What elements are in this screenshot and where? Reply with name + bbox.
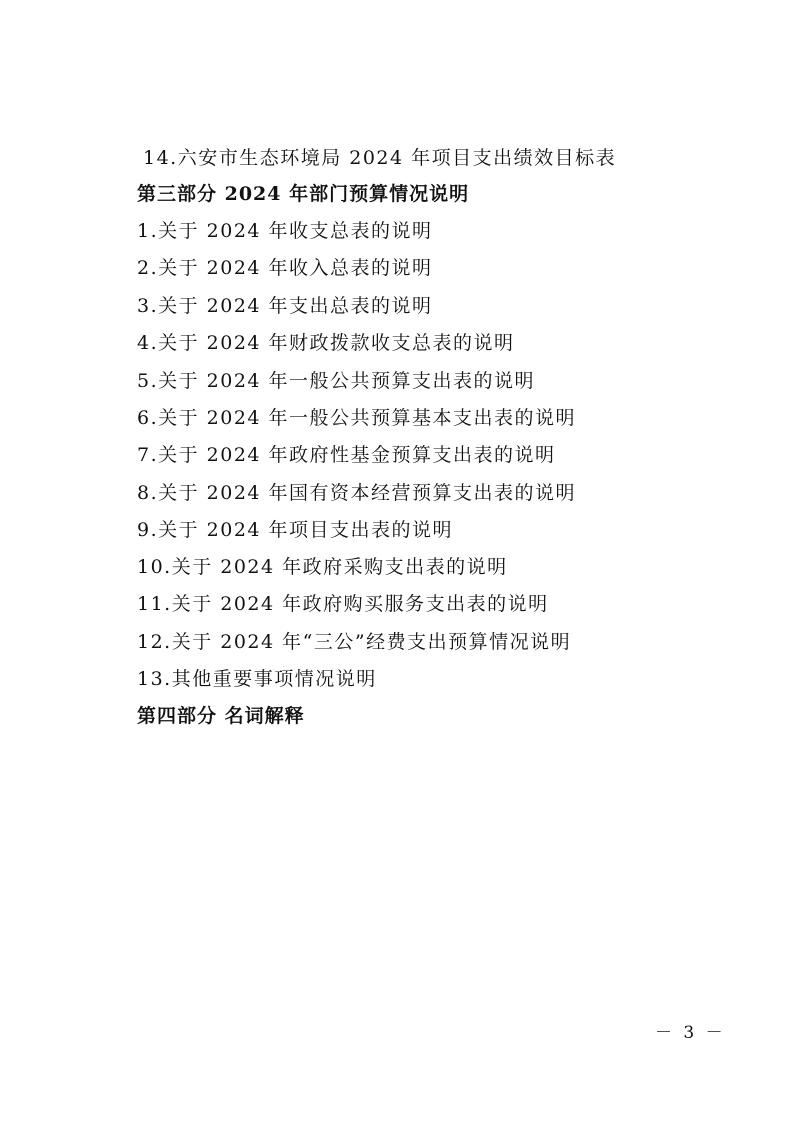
toc-item-4: 4.关于 2024 年财政拨款收支总表的说明 [137,331,515,355]
toc-item-13: 13.其他重要事项情况说明 [137,667,377,691]
toc-item-10: 10.关于 2024 年政府采购支出表的说明 [137,555,508,579]
toc-item-14: 14.六安市生态环境局 2024 年项目支出绩效目标表 [143,146,616,170]
toc-item-8: 8.关于 2024 年国有资本经营预算支出表的说明 [137,481,576,505]
section-heading-part-3: 第三部分 2024 年部门预算情况说明 [137,182,469,206]
page-number: － 3 － [655,1018,726,1043]
toc-item-6: 6.关于 2024 年一般公共预算基本支出表的说明 [137,406,576,430]
toc-item-12: 12.关于 2024 年“三公”经费支出预算情况说明 [137,630,571,654]
toc-item-7: 7.关于 2024 年政府性基金预算支出表的说明 [137,443,556,467]
toc-item-2: 2.关于 2024 年收入总表的说明 [137,256,433,280]
toc-item-3: 3.关于 2024 年支出总表的说明 [137,294,433,318]
toc-item-11: 11.关于 2024 年政府购买服务支出表的说明 [137,592,549,616]
toc-item-1: 1.关于 2024 年收支总表的说明 [137,219,433,243]
document-page: 14.六安市生态环境局 2024 年项目支出绩效目标表 第三部分 2024 年部… [0,0,793,1122]
section-heading-part-4: 第四部分 名词解释 [137,704,305,728]
toc-item-9: 9.关于 2024 年项目支出表的说明 [137,518,453,542]
toc-item-5: 5.关于 2024 年一般公共预算支出表的说明 [137,369,535,393]
